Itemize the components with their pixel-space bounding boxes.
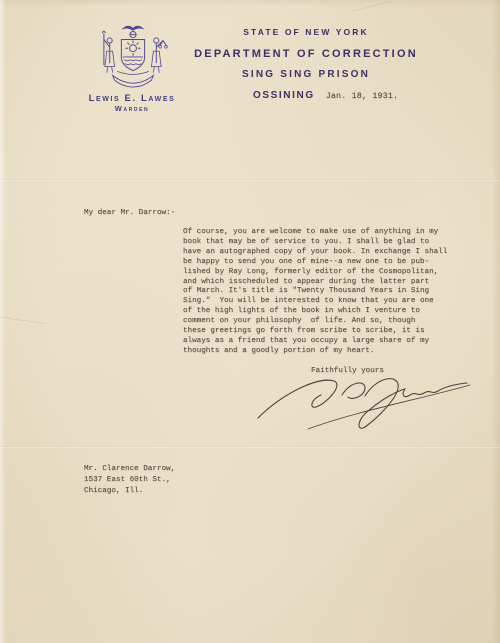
recipient-street: 1537 East 60th St.,	[84, 475, 175, 486]
letterhead-city: OSSINING	[253, 90, 315, 101]
body-line: these greetings go forth from scribe to …	[183, 327, 447, 337]
dateline: OSSINING Jan. 18, 1931.	[253, 90, 398, 101]
body-line: book that may be of service to you. I sh…	[183, 238, 447, 248]
recipient-address: Mr. Clarence Darrow, 1537 East 60th St.,…	[84, 464, 175, 498]
state-seal-icon	[89, 22, 177, 88]
signature-handwriting	[252, 372, 472, 437]
body-line: have an autographed copy of your book. I…	[183, 248, 447, 258]
body-line: comment on your philosophy of life. And …	[183, 317, 447, 327]
body-line: lished by Ray Long, formerly editor of t…	[183, 268, 447, 278]
body-line: of the high lights of the book in which …	[183, 307, 447, 317]
body-line: Of course, you are welcome to make use o…	[183, 228, 447, 238]
warden-title: Warden	[76, 104, 188, 113]
letterhead-state: STATE OF NEW YORK	[175, 27, 437, 37]
body-line: always as a friend that you occupy a lar…	[183, 337, 447, 347]
fold-crease-bottom	[0, 446, 500, 449]
body-line: and which isscheduled to appear during t…	[183, 278, 447, 288]
recipient-name: Mr. Clarence Darrow,	[84, 464, 175, 475]
letter-date: Jan. 18, 1931.	[326, 92, 399, 101]
body-line: thoughts and a goodly portion of my hear…	[183, 347, 447, 357]
letterhead-prison: SING SING PRISON	[175, 69, 437, 80]
letterhead-department: DEPARTMENT OF CORRECTION	[175, 48, 437, 60]
salutation: My dear Mr. Darrow:-	[84, 209, 175, 217]
edge-crease	[0, 317, 46, 325]
warden-name: Lewis E. Lawes	[76, 93, 188, 104]
fold-crease-top	[0, 179, 500, 182]
letter-body: Of course, you are welcome to make use o…	[183, 228, 447, 357]
letter-page: STATE OF NEW YORK DEPARTMENT OF CORRECTI…	[0, 0, 500, 643]
body-line: of March. It's title is "Twenty Thousand…	[183, 287, 447, 297]
recipient-city: Chicago, Ill.	[84, 486, 175, 497]
corner-crease	[352, 1, 391, 13]
body-line: Sing." You will be interested to know th…	[183, 297, 447, 307]
body-line: be happy to send you one of mine--a new …	[183, 258, 447, 268]
